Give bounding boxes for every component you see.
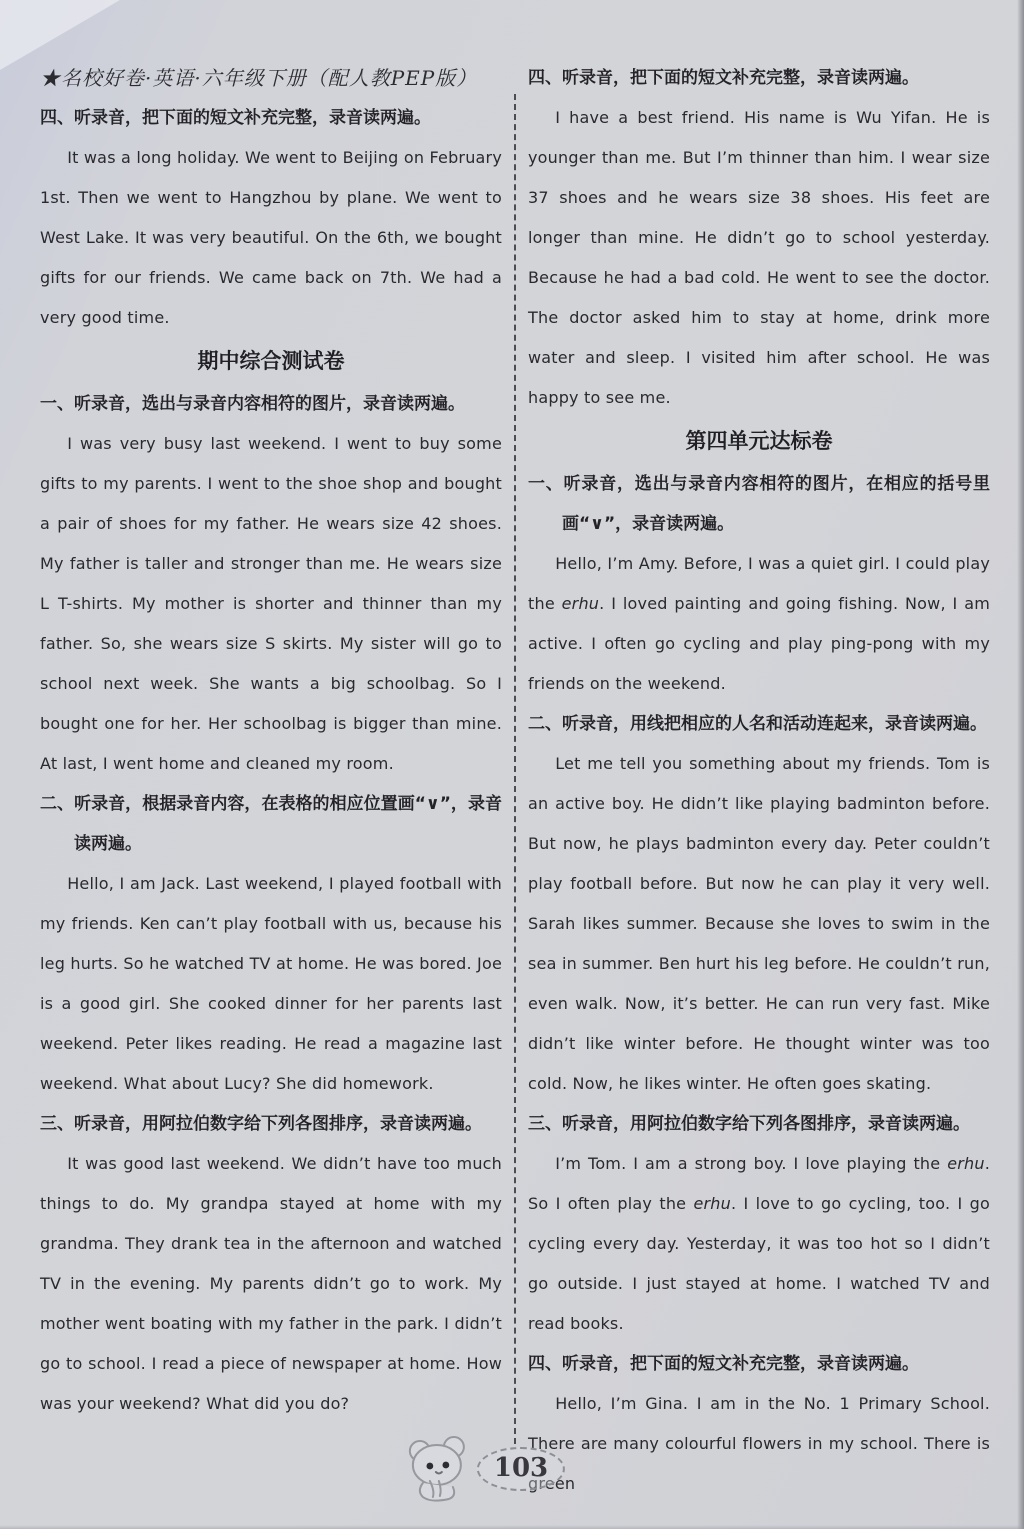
instruction-line: 三、听录音，用阿拉伯数字给下列各图排序，录音读两遍。 bbox=[40, 1104, 502, 1144]
listening-passage: I have a best friend. His name is Wu Yif… bbox=[528, 98, 990, 418]
instruction-line: 一、听录音，选出与录音内容相符的图片，在相应的括号里画“∨”，录音读两遍。 bbox=[528, 464, 990, 544]
left-column-blocks: 四、听录音，把下面的短文补充完整，录音读两遍。It was a long hol… bbox=[40, 98, 502, 1424]
page-footer: 103 bbox=[403, 1433, 565, 1505]
left-column: ★名校好卷·英语·六年级下册（配人教PEP版） 四、听录音，把下面的短文补充完整… bbox=[40, 58, 502, 1424]
page-number-badge: 103 bbox=[477, 1447, 565, 1491]
instruction-line: 一、听录音，选出与录音内容相符的图片，录音读两遍。 bbox=[40, 384, 502, 424]
instruction-line: 二、听录音，用线把相应的人名和活动连起来，录音读两遍。 bbox=[528, 704, 990, 744]
book-title-header: ★名校好卷·英语·六年级下册（配人教PEP版） bbox=[40, 58, 502, 98]
listening-passage: Hello, I am Jack. Last weekend, I played… bbox=[40, 864, 502, 1104]
instruction-line: 四、听录音，把下面的短文补充完整，录音读两遍。 bbox=[528, 58, 990, 98]
listening-passage: It was good last weekend. We didn’t have… bbox=[40, 1144, 502, 1424]
listening-passage: It was a long holiday. We went to Beijin… bbox=[40, 138, 502, 338]
scan-edge-bottom bbox=[0, 1525, 1024, 1529]
instruction-line: 四、听录音，把下面的短文补充完整，录音读两遍。 bbox=[528, 1344, 990, 1384]
instruction-line: 三、听录音，用阿拉伯数字给下列各图排序，录音读两遍。 bbox=[528, 1104, 990, 1144]
listening-passage: I was very busy last weekend. I went to … bbox=[40, 424, 502, 784]
instruction-line: 二、听录音，根据录音内容，在表格的相应位置画“∨”，录音读两遍。 bbox=[40, 784, 502, 864]
listening-passage: Hello, I’m Gina. I am in the No. 1 Prima… bbox=[528, 1384, 990, 1504]
listening-passage: I’m Tom. I am a strong boy. I love playi… bbox=[528, 1144, 990, 1344]
right-column: 四、听录音，把下面的短文补充完整，录音读两遍。I have a best fri… bbox=[528, 58, 990, 1504]
section-title: 第四单元达标卷 bbox=[528, 418, 990, 464]
section-title: 期中综合测试卷 bbox=[40, 338, 502, 384]
scanned-book-page: ★名校好卷·英语·六年级下册（配人教PEP版） 四、听录音，把下面的短文补充完整… bbox=[0, 0, 1024, 1529]
instruction-line: 四、听录音，把下面的短文补充完整，录音读两遍。 bbox=[40, 98, 502, 138]
column-divider bbox=[514, 94, 516, 1444]
page-number: 103 bbox=[494, 1453, 548, 1483]
page-content: ★名校好卷·英语·六年级下册（配人教PEP版） 四、听录音，把下面的短文补充完整… bbox=[40, 58, 990, 1504]
right-column-blocks: 四、听录音，把下面的短文补充完整，录音读两遍。I have a best fri… bbox=[528, 58, 990, 1504]
bear-mascot-icon bbox=[403, 1433, 477, 1505]
listening-passage: Hello, I’m Amy. Before, I was a quiet gi… bbox=[528, 544, 990, 704]
scan-edge bbox=[1017, 0, 1024, 1529]
listening-passage: Let me tell you something about my frien… bbox=[528, 744, 990, 1104]
